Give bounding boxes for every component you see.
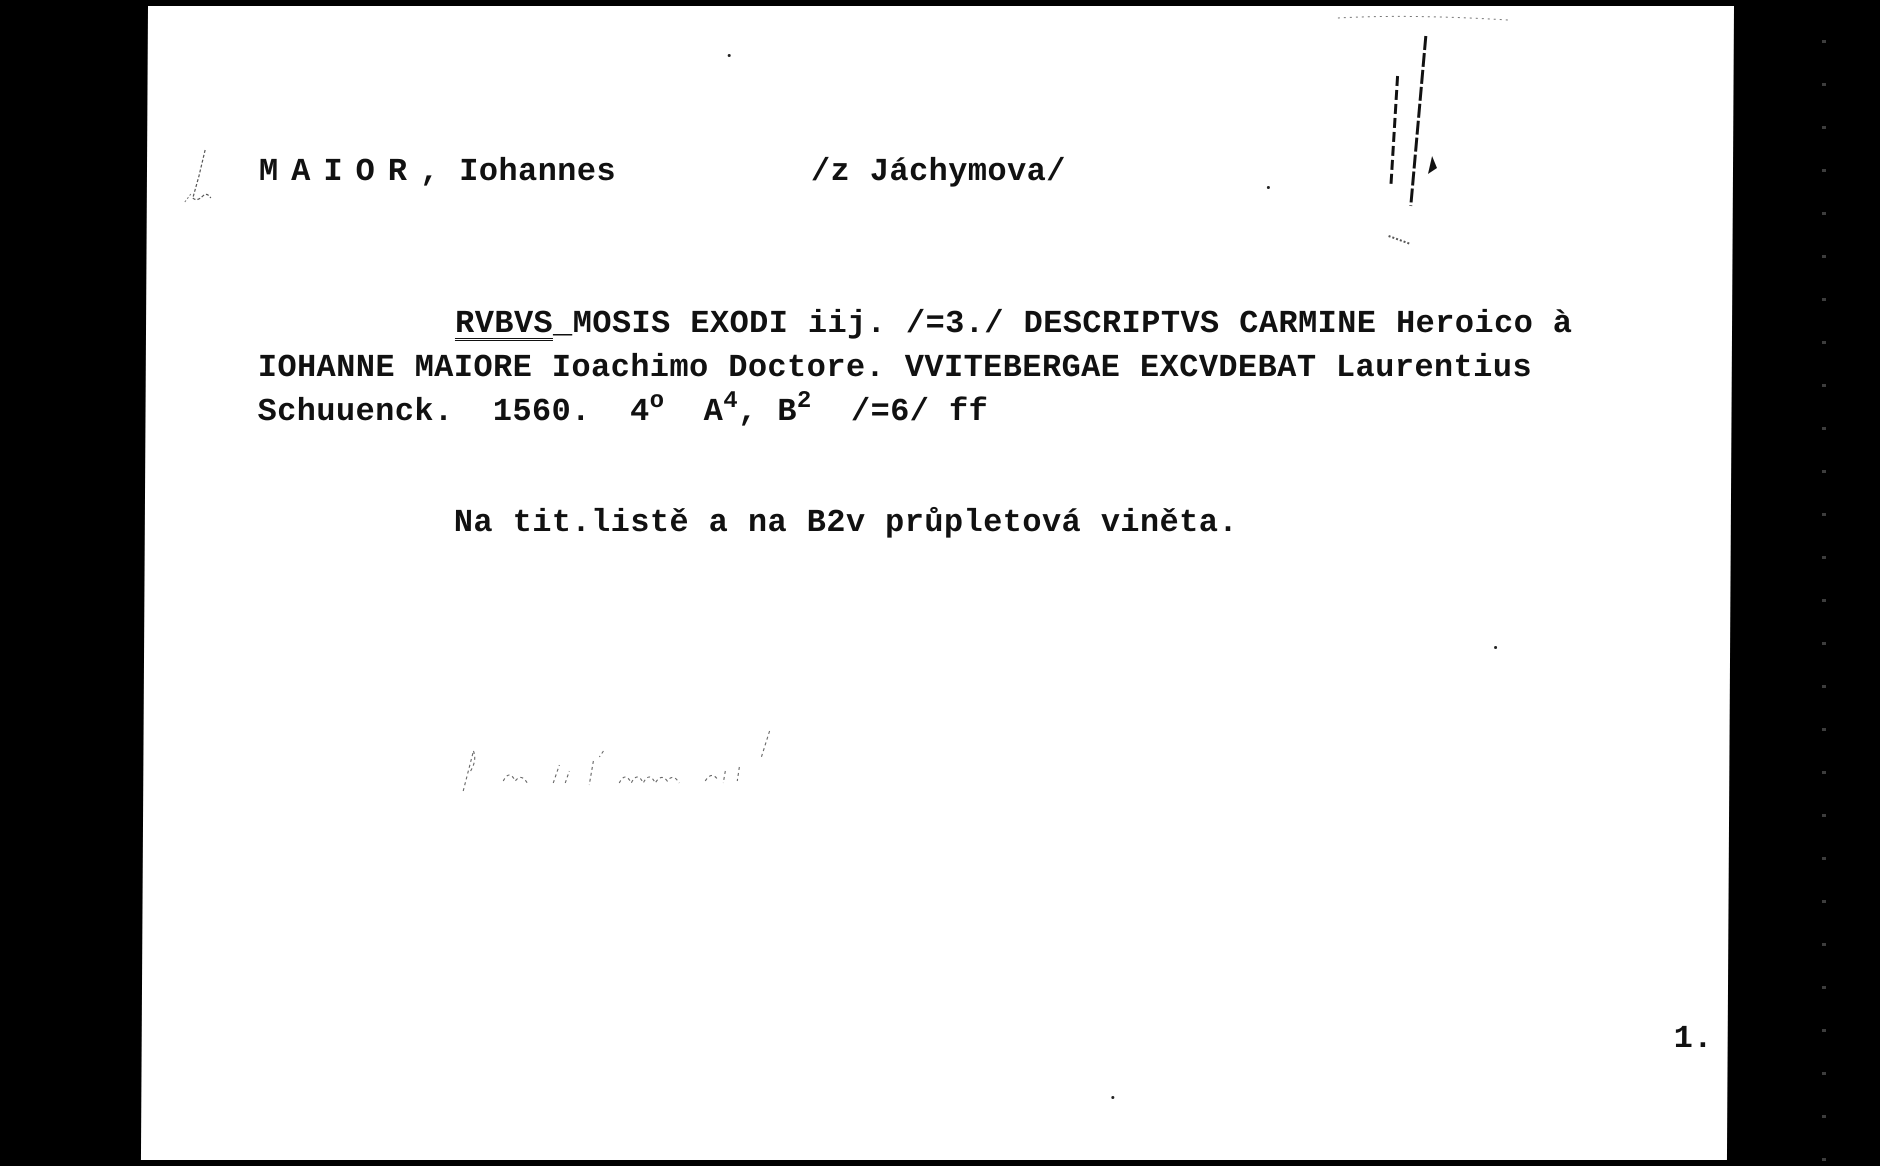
scanner-edge-artifact — [1822, 0, 1826, 1166]
imprint-line: Schuuenck. 1560. 4o A4, B2 /=6/ ff — [257, 396, 988, 428]
author-given-name: Iohannes — [459, 153, 616, 190]
title-rest: _MOSIS EXODI iij. /=3./ DESCRIPTVS CARMI… — [553, 305, 1573, 342]
title-line-2: IOHANNE MAIORE Ioachimo Doctore. VVITEBE… — [258, 352, 1532, 384]
leaf-count: /=6/ ff — [851, 393, 988, 430]
printer: Schuuenck. — [257, 393, 453, 430]
title-line-1: RVBVS_MOSIS EXODI iij. /=3./ DESCRIPTVS … — [455, 308, 1573, 340]
pencil-note-icon — [443, 721, 883, 801]
title-start: RVBVS — [455, 305, 553, 342]
card-number: 1. — [1674, 1023, 1713, 1055]
author-place: /z Jáchymova/ — [811, 156, 1066, 188]
collation: A4, B2 — [704, 393, 812, 430]
format: 4o — [630, 393, 665, 430]
stamp-marks-icon — [1306, 6, 1548, 266]
pencil-mark-icon — [177, 146, 227, 206]
heading-separator: , — [420, 153, 440, 190]
author-surname: MAIOR — [259, 153, 420, 190]
year: 1560. — [493, 393, 591, 430]
catalog-card: MAIOR, Iohannes /z Jáchymova/ RVBVS_MOSI… — [141, 6, 1734, 1160]
scan-background: MAIOR, Iohannes /z Jáchymova/ RVBVS_MOSI… — [0, 0, 1880, 1166]
note: Na tit.listě a na B2v průpletová viněta. — [454, 507, 1238, 539]
card-heading: MAIOR, Iohannes — [259, 156, 616, 188]
